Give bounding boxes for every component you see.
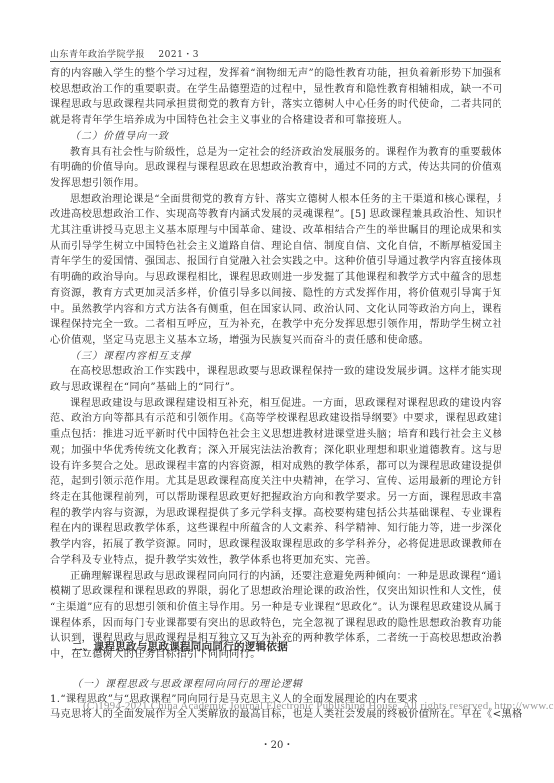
paragraph-line: 范、政治方向等都具有示范和引领作用。《高等学校课程思政建设指导纲要》中要求，课程… — [50, 411, 501, 427]
header-rule — [50, 61, 501, 62]
paragraph-line: 在高校思想政治工作实践中，课程思政要与思政课程保持一致的建设发展步调。这样才能实… — [50, 364, 501, 380]
page-number: ・20・ — [0, 736, 554, 751]
paragraph-line: 课程体系，因而每门专业课都要有突出的思政特色，完全忽视了课程思政的隐性思想政治教… — [50, 616, 501, 632]
paragraph-line: 设有许多契合之处。思政课程丰富的内容资源，相对成熟的教学体系，都可以为课程思政建… — [50, 459, 501, 475]
journal-name: 山东青年政治学院学报 — [50, 50, 145, 60]
paragraph-line: 尤其注重讲授马克思主义基本原理与中国革命、建设、改革相结合产生的举世瞩目的理论成… — [50, 223, 501, 239]
subsection-heading: （二）价值导向一致 — [50, 129, 501, 145]
subsection-heading: （一）课程思政与思政课程同向同行的理论逻辑 — [72, 675, 303, 690]
paragraph-line: 思想政治理论课是“全面贯彻党的教育方针、落实立德树人根本任务的主干渠道和核心课程… — [50, 192, 501, 208]
paragraph-line: 课程思政建设与思政课程建设相互补充，相互促进。一方面，思政课程对课程思政的建设内… — [50, 396, 501, 412]
paragraph-line: 合学科及专业特点，提升教学实效性，教学体系也将更加充实、完善。 — [50, 553, 501, 569]
paragraph-line: 重点包括：推进习近平新时代中国特色社会主义思想进教材进课堂进头脑；培育和践行社会… — [50, 427, 501, 443]
paragraph-line: 有明确的政治导向。与思政课程相比，课程思政则进一步发掘了其他课程和教学方式中蕴含… — [50, 270, 501, 286]
paragraph-line: 终走在其他课程前列，可以帮助课程思政更好把握政治方向和教学要求。另一方面，课程思… — [50, 490, 501, 506]
paragraph-line: 青年学生的爱国情、强国志、报国行自觉融入社会实践之中。这种价值引导通过教学内容直… — [50, 254, 501, 270]
paragraph-line: 教育具有社会性与阶级性，总是为一定社会的经济政治发展服务的。课程作为教育的重要载… — [50, 145, 501, 161]
paragraph-line: 就是将青年学生培养成为中国特色社会主义事业的合格建设者和可靠接班人。 — [50, 113, 501, 129]
paragraph-line: 正确理解课程思政与思政课程同向同行的内涵，还要注意避免两种倾向：一种是思政课程“… — [50, 569, 501, 585]
paragraph-line: 政与思政课程在“同向”基础上的“同行”。 — [50, 380, 501, 396]
paragraph-line: 范，起到引领示范作用。尤其是思政课程高度关注中央精神，在学习、宣传、运用最新的理… — [50, 474, 501, 490]
paragraph-line: 校思想政治工作的重要职责。在学生品德塑造的过程中，显性教育和隐性教育相辅相成，缺… — [50, 82, 501, 98]
paragraph-line: 观；加强中华优秀传统文化教育；深入开展宪法法治教育；深化职业理想和职业道德教育。… — [50, 443, 501, 459]
paragraph-line: 发挥思想引领作用。 — [50, 176, 501, 192]
paragraph-line: 模糊了思政课程和课程思政的界限，弱化了思想政治理论课的政治性，仅突出知识性和人文… — [50, 584, 501, 600]
body-text: 育的内容融入学生的整个学习过程，发挥着“润物细无声”的隐性教育功能，担负着新形势… — [50, 66, 501, 663]
issue-number: 2021・3 — [158, 50, 199, 60]
copyright-watermark: (C)1994-2021 China Academic Journal Elec… — [83, 700, 554, 712]
paragraph-line: “主渠道”应有的思想引领和价值主导作用。另一种是专业课程“思政化”。认为课程思政… — [50, 600, 501, 616]
paragraph-line: 心价值观，坚定马克思主义基本立场，增强为民族复兴而奋斗的责任感和使命感。 — [50, 333, 501, 349]
paragraph-line: 课程思政与思政课程共同承担贯彻党的教育方针，落实立德树人中心任务的时代使命，二者… — [50, 97, 501, 113]
paragraph-line: 育的内容融入学生的整个学习过程，发挥着“润物细无声”的隐性教育功能，担负着新形势… — [50, 66, 501, 82]
paragraph-line: 中。虽然教学内容和方式方法各有侧重，但在国家认同、政治认同、文化认同等政治方向上… — [50, 302, 501, 318]
paragraph-line: 育资源，教育方式更加灵活多样，价值引导多以间接、隐性的方式发挥作用，将价值观引导… — [50, 286, 501, 302]
section-heading: 二、课程思政与思政课程同向同行的逻辑依据 — [72, 639, 288, 654]
paragraph-line: 教学内容，拓展了教学资源。同时，思政课程汲取课程思政的多学科养分，必将促进思政课… — [50, 537, 501, 553]
paragraph-line: 从而引导学生树立中国特色社会主义道路自信、理论自信、制度自信、文化自信，不断厚植… — [50, 239, 501, 255]
paragraph-line: 课程保持完全一致。二者相互呼应，互为补充，在教学中充分发挥思想引领作用，帮助学生… — [50, 317, 501, 333]
paragraph-line: 改进高校思想政治工作、实现高等教育内涵式发展的灵魂课程”。[5] 思政课程兼具政… — [50, 207, 501, 223]
paragraph-line: 有明确的价值导向。思政课程与课程思政在思想政治教育中，通过不同的方式，传达共同的… — [50, 160, 501, 176]
paragraph-line: 程在内的课程思政教学体系，这些课程中所蕴含的人文素养、科学精神、知行能力等，进一… — [50, 521, 501, 537]
subsection-heading: （三）课程内容相互支撑 — [50, 349, 501, 365]
paragraph-line: 程的教学内容与资源，为思政课程提供了多元学科支撑。高校要构建包括公共基础课程、专… — [50, 506, 501, 522]
